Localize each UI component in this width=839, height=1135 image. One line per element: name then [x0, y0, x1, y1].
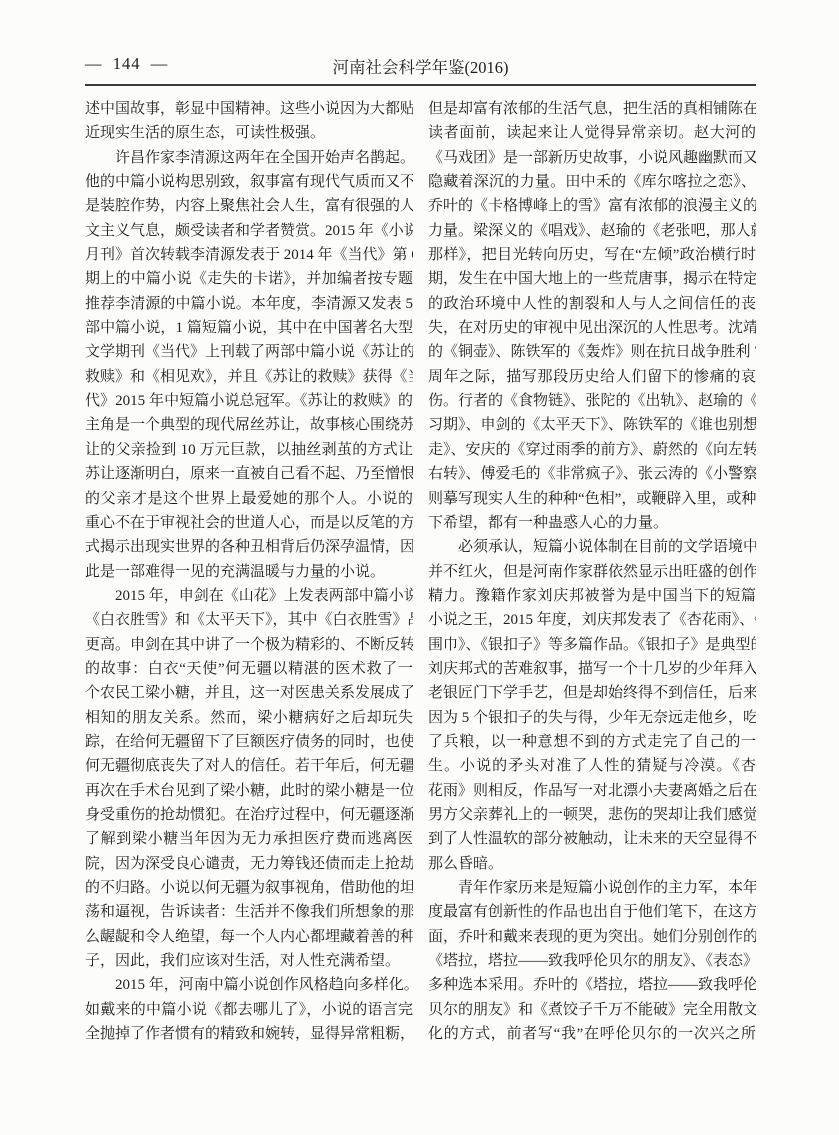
text-line: 那么昏暗。	[428, 852, 756, 876]
text-line: 月刊》首次转载李清源发表于 2014 年《当代》第 6	[85, 243, 413, 267]
text-line: 救赎》和《相见欢》，并且《苏让的救赎》获得《当	[85, 365, 413, 389]
text-line: 让的父亲捡到 10 万元巨款，以抽丝剥茧的方式让	[85, 438, 413, 462]
text-line: 小说之王，2015 年度，刘庆邦发表了《杏花雨》、《红	[428, 608, 756, 632]
text-line: 则摹写现实人生的种种“色相”，或鞭辟入里，或种	[428, 487, 756, 511]
text-line: 他的中篇小说构思别致，叙事富有现代气质而又不	[85, 170, 413, 194]
text-line: 文学期刊《当代》上刊载了两部中篇小说《苏让的	[85, 340, 413, 364]
text-line: 并不红火，但是河南作家群依然显示出旺盛的创作	[428, 560, 756, 584]
text-line: 的不归路。小说以何无疆为叙事视角，借助他的坦	[85, 876, 413, 900]
text-line: 期，发生在中国大地上的一些荒唐事，揭示在特定	[428, 267, 756, 291]
text-line: 贝尔的朋友》和《煮饺子千万不能破》完全用散文	[428, 998, 756, 1022]
text-line: 刘庆邦式的苦难叙事，描写一个十几岁的少年拜入	[428, 657, 756, 681]
left-column: 述中国故事，彰显中国精神。这些小说因为大都贴近现实生活的原生态，可读性极强。许昌…	[85, 97, 413, 1046]
text-line: 2015 年，申剑在《山花》上发表两部中篇小说	[85, 584, 413, 608]
text-line: 个农民工梁小糖，并且，这一对医患关系发展成了	[85, 681, 413, 705]
text-line: 了解到梁小糖当年因为无力承担医疗费而逃离医	[85, 827, 413, 851]
text-line: 男方父亲葬礼上的一顿哭，悲伤的哭却让我们感觉	[428, 803, 756, 827]
text-line: 《白衣胜雪》和《太平天下》，其中《白衣胜雪》品质	[85, 608, 413, 632]
text-line: 身受重伤的抢劫惯犯。在治疗过程中，何无疆逐渐	[85, 803, 413, 827]
text-line: 必须承认，短篇小说体制在目前的文学语境中	[428, 535, 756, 559]
text-line: 式揭示出现实世界的各种丑相背后仍深孕温情，因	[85, 535, 413, 559]
text-line: 乔叶的《卡格博峰上的雪》富有浓郁的浪漫主义的	[428, 194, 756, 218]
text-line: 青年作家历来是短篇小说创作的主力军，本年	[428, 876, 756, 900]
text-line: 相知的朋友关系。然而，梁小糖病好之后却玩失	[85, 706, 413, 730]
text-line: 近现实生活的原生态，可读性极强。	[85, 121, 413, 145]
text-line: 《马戏团》是一部新历史故事，小说风趣幽默而又	[428, 146, 756, 170]
text-line: 失，在对历史的审视中见出深沉的人性思考。沈靖	[428, 316, 756, 340]
text-line: 苏让逐渐明白，原来一直被自己看不起、乃至憎恨	[85, 462, 413, 486]
text-line: 因为 5 个银扣子的失与得，少年无奈远走他乡，吃	[428, 706, 756, 730]
page-header: — 144 — 河南社会科学年鉴(2016)	[85, 50, 756, 80]
text-line: 习期》、申剑的《太平天下》、陈铁军的《谁也别想	[428, 413, 756, 437]
text-line: 期上的中篇小说《走失的卡诺》，并加编者按专题	[85, 267, 413, 291]
text-line: 重心不在于审视社会的世道人心，而是以反笔的方	[85, 511, 413, 535]
text-line: 下希望，都有一种蛊惑人心的力量。	[428, 511, 756, 535]
text-columns: 述中国故事，彰显中国精神。这些小说因为大都贴近现实生活的原生态，可读性极强。许昌…	[85, 97, 756, 1046]
text-line: 但是却富有浓郁的生活气息，把生活的真相铺陈在	[428, 97, 756, 121]
right-column: 但是却富有浓郁的生活气息，把生活的真相铺陈在读者面前，读起来让人觉得异常亲切。赵…	[428, 97, 756, 1046]
text-line: 2015 年，河南中篇小说创作风格趋向多样化。	[85, 973, 413, 997]
text-line: 隐藏着深沉的力量。田中禾的《库尔喀拉之恋》、	[428, 170, 756, 194]
text-line: 再次在手术台见到了梁小糖，此时的梁小糖是一位	[85, 779, 413, 803]
text-line: 多种选本采用。乔叶的《塔拉，塔拉——致我呼伦	[428, 973, 756, 997]
text-line: 的父亲才是这个世界上最爱她的那个人。小说的	[85, 487, 413, 511]
text-line: 此是一部难得一见的充满温暖与力量的小说。	[85, 560, 413, 584]
text-line: 的政治环境中人性的割裂和人与人之间信任的丧	[428, 292, 756, 316]
text-line: 子，因此，我们应该对生活，对人性充满希望。	[85, 949, 413, 973]
text-line: 《塔拉，塔拉——致我呼伦贝尔的朋友》、《表态》被	[428, 949, 756, 973]
text-line: 全抛掉了作者惯有的精致和婉转，显得异常粗粝，	[85, 1022, 413, 1046]
text-line: 的《铜壶》、陈铁军的《轰炸》则在抗日战争胜利 70	[428, 340, 756, 364]
text-line: 荡和逼视，告诉读者：生活并不像我们所想象的那	[85, 900, 413, 924]
text-line: 如戴来的中篇小说《都去哪儿了》，小说的语言完	[85, 998, 413, 1022]
text-line: 周年之际，描写那段历史给人们留下的惨痛的哀	[428, 365, 756, 389]
text-line: 度最富有创新性的作品也出自于他们笔下，在这方	[428, 900, 756, 924]
text-line: 花雨》则相反，作品写一对北漂小夫妻离婚之后在	[428, 779, 756, 803]
text-line: 院，因为深受良心谴责，无力筹钱还债而走上抢劫	[85, 852, 413, 876]
header-rule	[85, 84, 756, 86]
text-line: 伤。行者的《食物链》、张陀的《出轨》、赵瑜的《实	[428, 389, 756, 413]
text-line: 文主义气息，颇受读者和学者赞赏。2015 年《小说	[85, 219, 413, 243]
document-page: — 144 — 河南社会科学年鉴(2016) 述中国故事，彰显中国精神。这些小说…	[0, 0, 839, 1135]
text-line: 部中篇小说，1 篇短篇小说，其中在中国著名大型	[85, 316, 413, 340]
text-line: 精力。豫籍作家刘庆邦被誉为是中国当下的短篇	[428, 584, 756, 608]
text-line: 么龌龊和令人绝望，每一个人内心都埋藏着善的种	[85, 925, 413, 949]
text-line: 右转》、傅爱毛的《非常疯子》、张云涛的《小警察》	[428, 462, 756, 486]
text-line: 化的方式，前者写“我”在呼伦贝尔的一次兴之所	[428, 1022, 756, 1046]
text-line: 围巾》、《银扣子》等多篇作品。《银扣子》是典型的	[428, 633, 756, 657]
text-line: 是装腔作势，内容上聚焦社会人生，富有很强的人	[85, 194, 413, 218]
text-line: 推荐李清源的中篇小说。本年度，李清源又发表 5	[85, 292, 413, 316]
text-line: 走》、安庆的《穿过雨季的前方》、蔚然的《向左转向	[428, 438, 756, 462]
header-title: 河南社会科学年鉴(2016)	[85, 54, 756, 78]
text-line: 更高。申剑在其中讲了一个极为精彩的、不断反转	[85, 633, 413, 657]
text-line: 老银匠门下学手艺，但是却始终得不到信任，后来	[428, 681, 756, 705]
text-line: 代》2015 年中短篇小说总冠军。《苏让的救赎》的	[85, 389, 413, 413]
text-line: 述中国故事，彰显中国精神。这些小说因为大都贴	[85, 97, 413, 121]
text-line: 读者面前，读起来让人觉得异常亲切。赵大河的	[428, 121, 756, 145]
text-line: 面，乔叶和戴来表现的更为突出。她们分别创作的	[428, 925, 756, 949]
text-line: 主角是一个典型的现代屌丝苏让，故事核心围绕苏	[85, 413, 413, 437]
text-line: 到了人性温软的部分被触动，让未来的天空显得不	[428, 827, 756, 851]
text-line: 踪，在给何无疆留下了巨额医疗债务的同时，也使	[85, 730, 413, 754]
text-line: 的故事：白衣“天使”何无疆以精湛的医术救了一	[85, 657, 413, 681]
text-line: 何无疆彻底丧失了对人的信任。若干年后，何无疆	[85, 754, 413, 778]
text-line: 生。小说的矛头对准了人性的猜疑与冷漠。《杏	[428, 754, 756, 778]
text-line: 了兵粮，以一种意想不到的方式走完了自己的一	[428, 730, 756, 754]
text-line: 力量。梁深义的《唱戏》、赵瑜的《老张吧，那人就	[428, 219, 756, 243]
text-line: 那样》，把目光转向历史，写在“左倾”政治横行时	[428, 243, 756, 267]
text-line: 许昌作家李清源这两年在全国开始声名鹊起。	[85, 146, 413, 170]
